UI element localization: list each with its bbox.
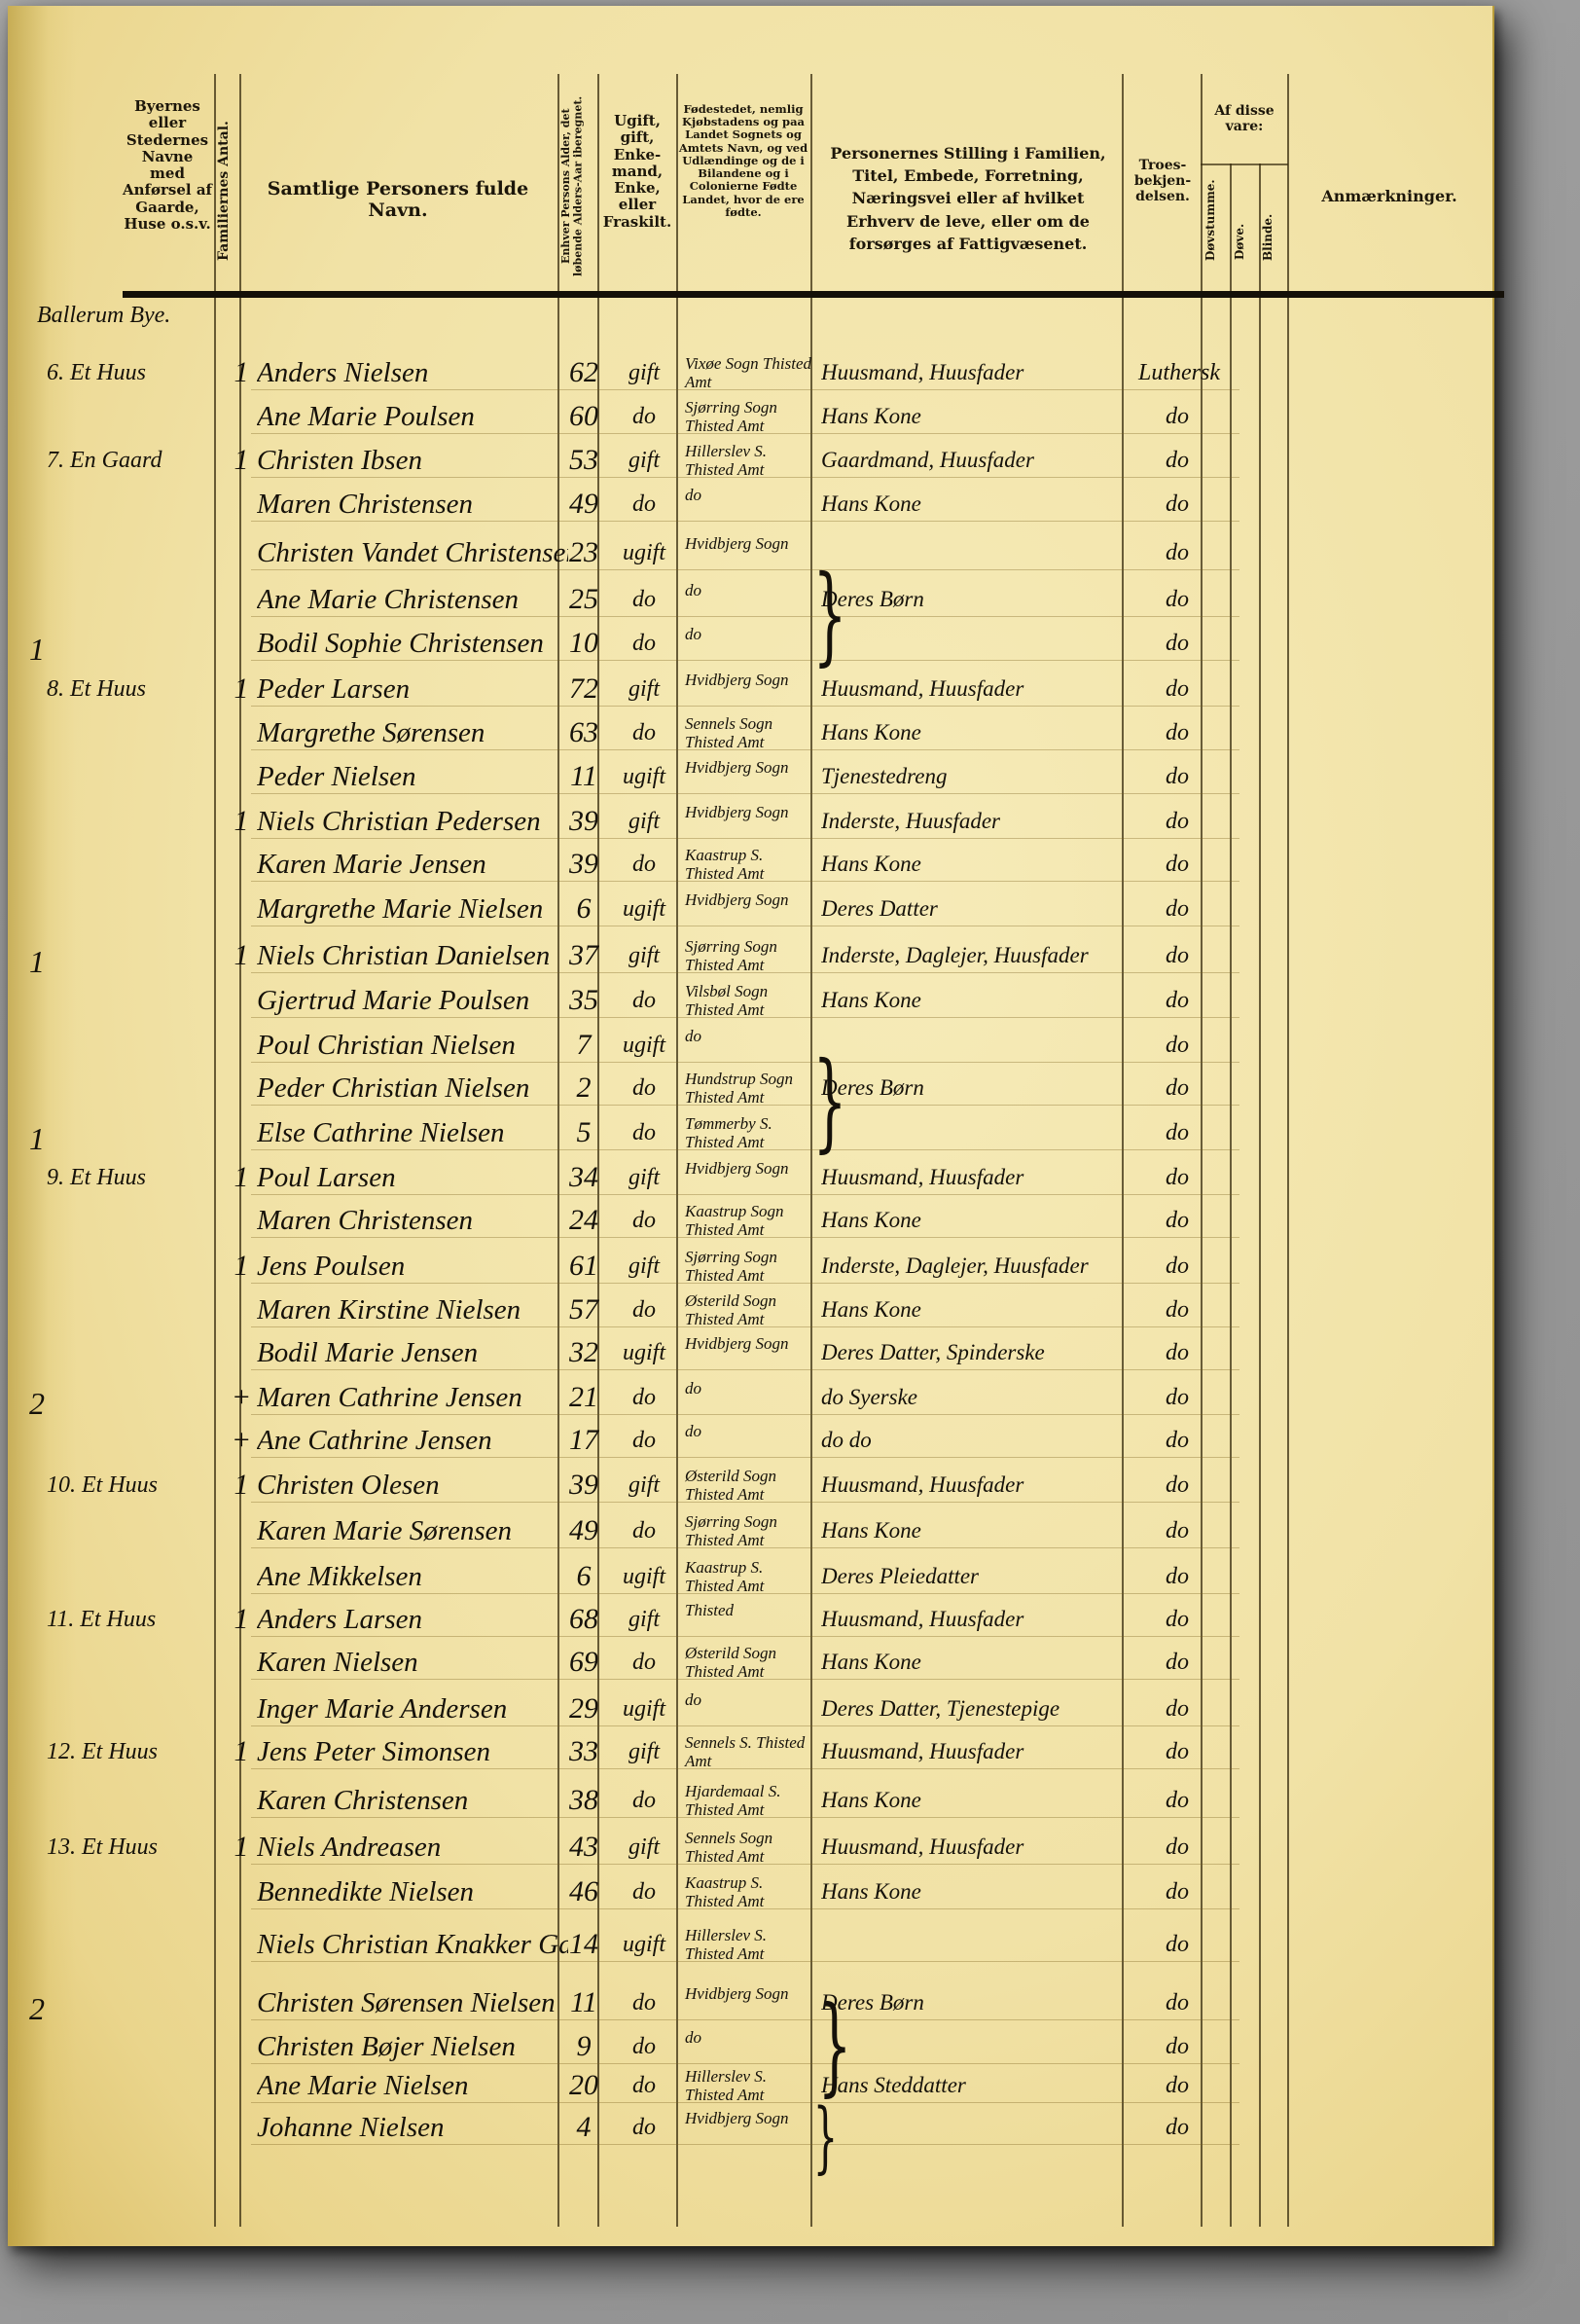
- census-row: 8. Et Huus1Peder Larsen72giftHvidbjerg S…: [8, 668, 1492, 710]
- faith-cell: do: [1138, 1730, 1216, 1773]
- census-row: 1Jens Poulsen61giftSjørring Sogn Thisted…: [8, 1245, 1492, 1288]
- faith-cell: do: [1138, 395, 1216, 438]
- civil-status-cell: gift: [605, 1598, 683, 1641]
- header-civil-status: Ugift, gift, Enke-mand, Enke, eller Fras…: [599, 113, 675, 231]
- header-position: Personernes Stilling i Familien, Titel, …: [817, 142, 1119, 255]
- person-name-cell: Ane Marie Christensen: [257, 578, 568, 621]
- person-name-cell: Christen Sørensen Nielsen: [257, 1981, 568, 2024]
- census-row: Poul Christian Nielsen7ugiftdodo: [8, 1024, 1492, 1067]
- person-name-cell: Jens Peter Simonsen: [257, 1730, 568, 1773]
- census-row: 12. Et Huus1Jens Peter Simonsen33giftSen…: [8, 1730, 1492, 1773]
- family-count-cell: 1: [227, 439, 256, 482]
- faith-cell: do: [1138, 1245, 1216, 1288]
- person-name-cell: Peder Larsen: [257, 668, 568, 710]
- age-cell: 39: [562, 843, 605, 886]
- person-name-cell: Ane Cathrine Jensen: [257, 1419, 568, 1462]
- census-row: Maren Kirstine Nielsen57doØsterild Sogn …: [8, 1289, 1492, 1331]
- brace-children-group: }: [813, 1047, 847, 1154]
- faith-cell: do: [1138, 934, 1216, 977]
- faith-cell: do: [1138, 1289, 1216, 1331]
- birthplace-cell: Sjørring Sogn Thisted Amt: [685, 1509, 811, 1549]
- civil-status-cell: do: [605, 1419, 683, 1462]
- census-row: 1Niels Christian Danielsen37giftSjørring…: [8, 934, 1492, 977]
- position-cell: Huusmand, Huusfader: [821, 1826, 1132, 1869]
- census-row: 11. Et Huus1Anders Larsen68giftThistedHu…: [8, 1598, 1492, 1641]
- faith-cell: do: [1138, 439, 1216, 482]
- family-count-cell: 1: [227, 668, 256, 710]
- place-cell: 11. Et Huus: [47, 1598, 236, 1641]
- civil-status-cell: do: [605, 578, 683, 621]
- civil-status-cell: ugift: [605, 755, 683, 798]
- civil-status-cell: gift: [605, 351, 683, 394]
- birthplace-cell: Vixøe Sogn Thisted Amt: [685, 351, 811, 391]
- position-cell: Inderste, Huusfader: [821, 800, 1132, 843]
- census-row: Karen Marie Jensen39doKaastrup S. Thiste…: [8, 843, 1492, 886]
- census-row: Johanne Nielsen4doHvidbjerg Sogndo: [8, 2106, 1492, 2149]
- civil-status-cell: do: [605, 1779, 683, 1822]
- census-row: Christen Bøjer Nielsen9dododo: [8, 2025, 1492, 2068]
- faith-cell: do: [1138, 1419, 1216, 1462]
- faith-cell: do: [1138, 622, 1216, 665]
- age-cell: 2: [562, 1067, 605, 1109]
- civil-status-cell: gift: [605, 668, 683, 710]
- position-cell: Hans Kone: [821, 711, 1132, 754]
- age-cell: 7: [562, 1024, 605, 1067]
- person-name-cell: Anders Nielsen: [257, 351, 568, 394]
- birthplace-cell: Hjardemaal S. Thisted Amt: [685, 1779, 811, 1819]
- census-row: Margrethe Marie Nielsen6ugiftHvidbjerg S…: [8, 888, 1492, 930]
- position-cell: Deres Børn: [821, 1981, 1132, 2024]
- age-cell: 68: [562, 1598, 605, 1641]
- civil-status-cell: gift: [605, 1156, 683, 1199]
- birthplace-cell: Kaastrup S. Thisted Amt: [685, 1555, 811, 1595]
- civil-status-cell: gift: [605, 800, 683, 843]
- census-row: Inger Marie Andersen29ugiftdoDeres Datte…: [8, 1688, 1492, 1730]
- birthplace-cell: Hvidbjerg Sogn: [685, 668, 811, 689]
- birthplace-cell: Østerild Sogn Thisted Amt: [685, 1641, 811, 1681]
- faith-cell: do: [1138, 1509, 1216, 1552]
- faith-cell: do: [1138, 668, 1216, 710]
- census-row: 10. Et Huus1Christen Olesen39giftØsteril…: [8, 1464, 1492, 1507]
- civil-status-cell: do: [605, 2106, 683, 2149]
- age-cell: 29: [562, 1688, 605, 1730]
- person-name-cell: Peder Nielsen: [257, 755, 568, 798]
- birthplace-cell: Sennels Sogn Thisted Amt: [685, 1826, 811, 1866]
- faith-cell: do: [1138, 1331, 1216, 1374]
- birthplace-cell: Østerild Sogn Thisted Amt: [685, 1289, 811, 1328]
- census-row: Christen Vandet Christensen23ugiftHvidbj…: [8, 531, 1492, 574]
- faith-cell: do: [1138, 531, 1216, 574]
- faith-cell: do: [1138, 1688, 1216, 1730]
- position-cell: Huusmand, Huusfader: [821, 351, 1132, 394]
- birthplace-cell: Hillerslev S. Thisted Amt: [685, 439, 811, 479]
- birthplace-cell: Sjørring Sogn Thisted Amt: [685, 934, 811, 974]
- place-cell: 12. Et Huus: [47, 1730, 236, 1773]
- place-cell: 10. Et Huus: [47, 1464, 236, 1507]
- age-cell: 10: [562, 622, 605, 665]
- census-row: 7. En Gaard1Christen Ibsen53giftHillersl…: [8, 439, 1492, 482]
- census-row: 1Niels Christian Pedersen39giftHvidbjerg…: [8, 800, 1492, 843]
- person-name-cell: Karen Marie Jensen: [257, 843, 568, 886]
- age-cell: 60: [562, 395, 605, 438]
- civil-status-cell: ugift: [605, 1331, 683, 1374]
- position-cell: Deres Børn: [821, 1067, 1132, 1109]
- person-name-cell: Maren Kirstine Nielsen: [257, 1289, 568, 1331]
- family-count-cell: 1: [227, 1156, 256, 1199]
- faith-cell: do: [1138, 483, 1216, 526]
- margin-tally: 1: [29, 944, 45, 980]
- birthplace-cell: Hvidbjerg Sogn: [685, 1331, 811, 1353]
- person-name-cell: Karen Christensen: [257, 1779, 568, 1822]
- age-cell: 32: [562, 1331, 605, 1374]
- civil-status-cell: do: [605, 1111, 683, 1154]
- person-name-cell: Niels Andreasen: [257, 1826, 568, 1869]
- age-cell: 49: [562, 1509, 605, 1552]
- person-name-cell: Johanne Nielsen: [257, 2106, 568, 2149]
- civil-status-cell: do: [605, 979, 683, 1022]
- birthplace-cell: do: [685, 483, 811, 504]
- census-row: Peder Christian Nielsen2doHundstrup Sogn…: [8, 1067, 1492, 1109]
- place-cell: 6. Et Huus: [47, 351, 236, 394]
- civil-status-cell: do: [605, 483, 683, 526]
- civil-status-cell: gift: [605, 1730, 683, 1773]
- civil-status-cell: do: [605, 843, 683, 886]
- faith-cell: do: [1138, 1156, 1216, 1199]
- faith-cell: do: [1138, 755, 1216, 798]
- person-name-cell: Niels Christian Knakker Gaard Nielsen: [257, 1923, 568, 1966]
- age-cell: 24: [562, 1199, 605, 1242]
- birthplace-cell: Hvidbjerg Sogn: [685, 531, 811, 553]
- age-cell: 6: [562, 1555, 605, 1598]
- birthplace-cell: do: [685, 578, 811, 599]
- age-cell: 37: [562, 934, 605, 977]
- person-name-cell: Bodil Marie Jensen: [257, 1331, 568, 1374]
- position-cell: Hans Kone: [821, 1199, 1132, 1242]
- birthplace-cell: Hillerslev S. Thisted Amt: [685, 2064, 811, 2104]
- birthplace-cell: Vilsbøl Sogn Thisted Amt: [685, 979, 811, 1019]
- faith-cell: do: [1138, 711, 1216, 754]
- census-row: Maren Christensen49dodoHans Konedo: [8, 483, 1492, 526]
- header-deafmute: Døvstumme.: [1204, 171, 1228, 269]
- birthplace-cell: do: [685, 622, 811, 643]
- position-cell: Hans Kone: [821, 1779, 1132, 1822]
- header-name: Samtlige Personers fulde Navn.: [241, 179, 555, 222]
- age-cell: 39: [562, 1464, 605, 1507]
- faith-cell: do: [1138, 1199, 1216, 1242]
- age-cell: 9: [562, 2025, 605, 2068]
- civil-status-cell: ugift: [605, 1923, 683, 1966]
- position-cell: Hans Kone: [821, 1289, 1132, 1331]
- position-cell: Gaardmand, Huusfader: [821, 439, 1132, 482]
- header-birthplace: Fødestedet, nemlig Kjøbstadens og paa La…: [678, 103, 808, 219]
- family-count-cell: 1: [227, 1464, 256, 1507]
- parish-heading: Ballerum Bye.: [37, 303, 170, 329]
- age-cell: 62: [562, 351, 605, 394]
- faith-cell: do: [1138, 843, 1216, 886]
- civil-status-cell: gift: [605, 439, 683, 482]
- birthplace-cell: Hundstrup Sogn Thisted Amt: [685, 1067, 811, 1107]
- census-row: Bodil Marie Jensen32ugiftHvidbjerg SognD…: [8, 1331, 1492, 1374]
- civil-status-cell: do: [605, 2025, 683, 2068]
- birthplace-cell: do: [685, 1419, 811, 1440]
- census-row: Niels Christian Knakker Gaard Nielsen14u…: [8, 1923, 1492, 1966]
- person-name-cell: Ane Mikkelsen: [257, 1555, 568, 1598]
- faith-cell: do: [1138, 2025, 1216, 2068]
- birthplace-cell: Hvidbjerg Sogn: [685, 888, 811, 909]
- position-cell: Hans Kone: [821, 979, 1132, 1022]
- family-count-cell: 1: [227, 351, 256, 394]
- census-row: Bennedikte Nielsen46doKaastrup S. Thiste…: [8, 1870, 1492, 1913]
- census-row: 9. Et Huus1Poul Larsen34giftHvidbjerg So…: [8, 1156, 1492, 1199]
- age-cell: 61: [562, 1245, 605, 1288]
- age-cell: 38: [562, 1779, 605, 1822]
- civil-status-cell: do: [605, 1509, 683, 1552]
- place-cell: 8. Et Huus: [47, 668, 236, 710]
- brace-children-group: }: [813, 2098, 838, 2176]
- age-cell: 11: [562, 755, 605, 798]
- census-row: Else Cathrine Nielsen5doTømmerby S. This…: [8, 1111, 1492, 1154]
- position-cell: Deres Pleiedatter: [821, 1555, 1132, 1598]
- margin-tally: 2: [29, 1386, 45, 1422]
- birthplace-cell: Thisted: [685, 1598, 811, 1619]
- census-row: Ane Mikkelsen6ugiftKaastrup S. Thisted A…: [8, 1555, 1492, 1598]
- civil-status-cell: do: [605, 1199, 683, 1242]
- birthplace-cell: Hvidbjerg Sogn: [685, 1981, 811, 2003]
- faith-cell: do: [1138, 979, 1216, 1022]
- person-name-cell: Margrethe Marie Nielsen: [257, 888, 568, 930]
- birthplace-cell: Sjørring Sogn Thisted Amt: [685, 395, 811, 435]
- position-cell: Hans Kone: [821, 1509, 1132, 1552]
- census-row: Margrethe Sørensen63doSennels Sogn Thist…: [8, 711, 1492, 754]
- census-row: Karen Marie Sørensen49doSjørring Sogn Th…: [8, 1509, 1492, 1552]
- person-name-cell: Else Cathrine Nielsen: [257, 1111, 568, 1154]
- birthplace-cell: Hvidbjerg Sogn: [685, 2106, 811, 2127]
- census-row: Karen Nielsen69doØsterild Sogn Thisted A…: [8, 1641, 1492, 1684]
- person-name-cell: Poul Christian Nielsen: [257, 1024, 568, 1067]
- birthplace-cell: do: [685, 1688, 811, 1709]
- age-cell: 39: [562, 800, 605, 843]
- civil-status-cell: do: [605, 2064, 683, 2107]
- faith-cell: do: [1138, 578, 1216, 621]
- family-count-cell: 1: [227, 1245, 256, 1288]
- civil-status-cell: do: [605, 1067, 683, 1109]
- faith-cell: do: [1138, 1555, 1216, 1598]
- person-name-cell: Anders Larsen: [257, 1598, 568, 1641]
- position-cell: do do: [821, 1419, 1132, 1462]
- position-cell: Hans Kone: [821, 395, 1132, 438]
- census-row: Peder Nielsen11ugiftHvidbjerg SognTjenes…: [8, 755, 1492, 798]
- position-cell: Deres Datter, Spinderske: [821, 1331, 1132, 1374]
- age-cell: 53: [562, 439, 605, 482]
- civil-status-cell: gift: [605, 934, 683, 977]
- person-name-cell: Karen Marie Sørensen: [257, 1509, 568, 1552]
- age-cell: 4: [562, 2106, 605, 2149]
- age-cell: 33: [562, 1730, 605, 1773]
- person-name-cell: Ane Marie Poulsen: [257, 395, 568, 438]
- census-row: Ane Marie Poulsen60doSjørring Sogn Thist…: [8, 395, 1492, 438]
- civil-status-cell: do: [605, 1870, 683, 1913]
- civil-status-cell: do: [605, 711, 683, 754]
- family-count-cell: +: [227, 1376, 256, 1419]
- faith-cell: Luthersk: [1138, 351, 1216, 394]
- age-cell: 17: [562, 1419, 605, 1462]
- faith-cell: do: [1138, 1779, 1216, 1822]
- census-row: Bodil Sophie Christensen10dododo: [8, 622, 1492, 665]
- age-cell: 63: [562, 711, 605, 754]
- header-of-these: Af disse vare:: [1203, 103, 1286, 134]
- birthplace-cell: do: [685, 2025, 811, 2047]
- faith-cell: do: [1138, 1981, 1216, 2024]
- census-row: Christen Sørensen Nielsen11doHvidbjerg S…: [8, 1981, 1492, 2024]
- census-page: Byernes eller Stedernes Navne med Anførs…: [8, 6, 1494, 2246]
- birthplace-cell: Østerild Sogn Thisted Amt: [685, 1464, 811, 1504]
- civil-status-cell: ugift: [605, 888, 683, 930]
- header-faith: Troes-bekjen-delsen.: [1127, 158, 1199, 204]
- family-count-cell: 1: [227, 800, 256, 843]
- brace-children-group: }: [818, 1991, 852, 2098]
- census-row: +Ane Cathrine Jensen17dododo dodo: [8, 1419, 1492, 1462]
- person-name-cell: Karen Nielsen: [257, 1641, 568, 1684]
- position-cell: Huusmand, Huusfader: [821, 1730, 1132, 1773]
- header-remarks: Anmærkninger.: [1292, 188, 1487, 205]
- position-cell: Tjenestedreng: [821, 755, 1132, 798]
- position-cell: Hans Kone: [821, 483, 1132, 526]
- position-cell: Hans Steddatter: [821, 2064, 1132, 2107]
- age-cell: 6: [562, 888, 605, 930]
- person-name-cell: Margrethe Sørensen: [257, 711, 568, 754]
- place-cell: 9. Et Huus: [47, 1156, 236, 1199]
- family-count-cell: 1: [227, 934, 256, 977]
- birthplace-cell: Hvidbjerg Sogn: [685, 755, 811, 777]
- margin-tally: 2: [29, 1991, 45, 2027]
- position-cell: do Syerske: [821, 1376, 1132, 1419]
- place-cell: 13. Et Huus: [47, 1826, 236, 1869]
- faith-cell: do: [1138, 1464, 1216, 1507]
- header-place: Byernes eller Stedernes Navne med Anførs…: [123, 98, 212, 233]
- civil-status-cell: gift: [605, 1826, 683, 1869]
- civil-status-cell: ugift: [605, 1555, 683, 1598]
- person-name-cell: Inger Marie Andersen: [257, 1688, 568, 1730]
- age-cell: 14: [562, 1923, 605, 1966]
- person-name-cell: Christen Bøjer Nielsen: [257, 2025, 568, 2068]
- census-row: 6. Et Huus1Anders Nielsen62giftVixøe Sog…: [8, 351, 1492, 394]
- census-row: Maren Christensen24doKaastrup Sogn Thist…: [8, 1199, 1492, 1242]
- age-cell: 49: [562, 483, 605, 526]
- header-blind: Blinde.: [1262, 205, 1285, 269]
- birthplace-cell: Hvidbjerg Sogn: [685, 800, 811, 821]
- birthplace-cell: Sennels Sogn Thisted Amt: [685, 711, 811, 751]
- faith-cell: do: [1138, 1923, 1216, 1966]
- civil-status-cell: do: [605, 395, 683, 438]
- person-name-cell: Niels Christian Danielsen: [257, 934, 568, 977]
- faith-cell: do: [1138, 888, 1216, 930]
- age-cell: 11: [562, 1981, 605, 2024]
- birthplace-cell: do: [685, 1024, 811, 1045]
- birthplace-cell: Kaastrup S. Thisted Amt: [685, 843, 811, 883]
- faith-cell: do: [1138, 1376, 1216, 1419]
- birthplace-cell: Kaastrup S. Thisted Amt: [685, 1870, 811, 1910]
- census-row: 13. Et Huus1Niels Andreasen43giftSennels…: [8, 1826, 1492, 1869]
- civil-status-cell: do: [605, 1289, 683, 1331]
- person-name-cell: Poul Larsen: [257, 1156, 568, 1199]
- position-cell: Huusmand, Huusfader: [821, 1598, 1132, 1641]
- age-cell: 57: [562, 1289, 605, 1331]
- faith-cell: do: [1138, 1598, 1216, 1641]
- faith-cell: do: [1138, 1111, 1216, 1154]
- header-deaf: Døve.: [1234, 215, 1257, 269]
- position-cell: Hans Kone: [821, 843, 1132, 886]
- age-cell: 43: [562, 1826, 605, 1869]
- faith-cell: do: [1138, 1641, 1216, 1684]
- age-cell: 34: [562, 1156, 605, 1199]
- birthplace-cell: do: [685, 1376, 811, 1398]
- margin-tally: 1: [29, 632, 45, 668]
- subheader-rule: [1201, 163, 1288, 165]
- margin-tally: 1: [29, 1121, 45, 1157]
- age-cell: 20: [562, 2064, 605, 2107]
- civil-status-cell: ugift: [605, 531, 683, 574]
- census-row: Gjertrud Marie Poulsen35doVilsbøl Sogn T…: [8, 979, 1492, 1022]
- age-cell: 25: [562, 578, 605, 621]
- faith-cell: do: [1138, 1067, 1216, 1109]
- person-name-cell: Maren Cathrine Jensen: [257, 1376, 568, 1419]
- position-cell: Hans Kone: [821, 1870, 1132, 1913]
- birthplace-cell: Sjørring Sogn Thisted Amt: [685, 1245, 811, 1285]
- faith-cell: do: [1138, 1826, 1216, 1869]
- position-cell: Hans Kone: [821, 1641, 1132, 1684]
- birthplace-cell: Sennels S. Thisted Amt: [685, 1730, 811, 1770]
- age-cell: 21: [562, 1376, 605, 1419]
- age-cell: 5: [562, 1111, 605, 1154]
- age-cell: 35: [562, 979, 605, 1022]
- census-row: Ane Marie Christensen25dodoDeres Børndo: [8, 578, 1492, 621]
- person-name-cell: Maren Christensen: [257, 1199, 568, 1242]
- position-cell: Huusmand, Huusfader: [821, 1156, 1132, 1199]
- faith-cell: do: [1138, 2064, 1216, 2107]
- civil-status-cell: do: [605, 622, 683, 665]
- family-count-cell: +: [227, 1419, 256, 1462]
- person-name-cell: Jens Poulsen: [257, 1245, 568, 1288]
- person-name-cell: Maren Christensen: [257, 483, 568, 526]
- person-name-cell: Christen Vandet Christensen: [257, 531, 568, 574]
- family-count-cell: 1: [227, 1826, 256, 1869]
- position-cell: Deres Datter: [821, 888, 1132, 930]
- place-cell: 7. En Gaard: [47, 439, 236, 482]
- person-name-cell: Peder Christian Nielsen: [257, 1067, 568, 1109]
- birthplace-cell: Hillerslev S. Thisted Amt: [685, 1923, 811, 1963]
- faith-cell: do: [1138, 800, 1216, 843]
- age-cell: 72: [562, 668, 605, 710]
- header-age: Enhver Persons Alder, det løbende Alders…: [560, 84, 595, 288]
- census-row: +Maren Cathrine Jensen21dododo Syerskedo: [8, 1376, 1492, 1419]
- position-cell: Inderste, Daglejer, Huusfader: [821, 1245, 1132, 1288]
- age-cell: 46: [562, 1870, 605, 1913]
- person-name-cell: Bennedikte Nielsen: [257, 1870, 568, 1913]
- person-name-cell: Ane Marie Nielsen: [257, 2064, 568, 2107]
- person-name-cell: Niels Christian Pedersen: [257, 800, 568, 843]
- header-families: Familiernes Antal.: [216, 108, 237, 273]
- person-name-cell: Bodil Sophie Christensen: [257, 622, 568, 665]
- birthplace-cell: Tømmerby S. Thisted Amt: [685, 1111, 811, 1151]
- civil-status-cell: gift: [605, 1245, 683, 1288]
- faith-cell: do: [1138, 1024, 1216, 1067]
- person-name-cell: Christen Olesen: [257, 1464, 568, 1507]
- civil-status-cell: gift: [605, 1464, 683, 1507]
- header-divider: [123, 291, 1504, 298]
- faith-cell: do: [1138, 1870, 1216, 1913]
- civil-status-cell: ugift: [605, 1688, 683, 1730]
- age-cell: 69: [562, 1641, 605, 1684]
